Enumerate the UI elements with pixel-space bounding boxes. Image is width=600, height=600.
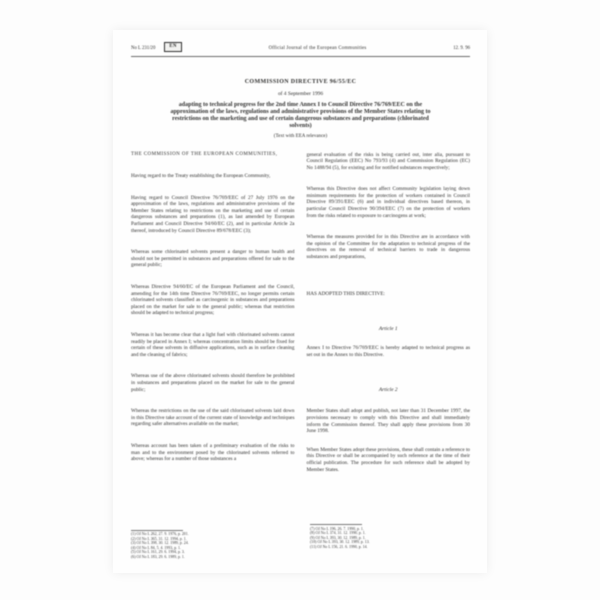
right-column: general evaluation of the risks is being… — [307, 152, 471, 478]
footnotes-right: (7) OJ No L 196, 26. 7. 1990, p. 1. (8) … — [310, 524, 370, 549]
footnote-line: (10) OJ No L 393, 30. 12. 1989, p. 13. — [310, 540, 370, 545]
recital-continuation: general evaluation of the risks is being… — [307, 152, 471, 172]
left-column: THE COMMISSION OF THE EUROPEAN COMMUNITI… — [131, 152, 295, 478]
footnote-line: (1) OJ No L 262, 27. 9. 1976, p. 201. — [131, 532, 189, 537]
footnote-line: (8) OJ No L 374, 31. 12. 1990, p. 1. — [310, 531, 370, 536]
page-header-left: No L 231/20 EN — [131, 42, 182, 52]
body-columns: THE COMMISSION OF THE EUROPEAN COMMUNITI… — [131, 152, 470, 478]
recital: Whereas use of the above chlorinated sol… — [131, 373, 295, 393]
adoption-formula: HAS ADOPTED THIS DIRECTIVE: — [307, 291, 471, 298]
recital: Whereas the restrictions on the use of t… — [131, 408, 295, 428]
directive-number-title: COMMISSION DIRECTIVE 96/55/EC — [131, 79, 470, 85]
journal-title: Official Journal of the European Communi… — [182, 46, 453, 52]
scanned-document-canvas: No L 231/20 EN Official Journal of the E… — [0, 0, 600, 600]
recital: Whereas account has been taken of a prel… — [131, 443, 295, 463]
footnote-line: (3) OJ No L 398, 30. 12. 1989, p. 24. — [131, 541, 189, 546]
recital: Whereas Directive 94/60/EC of the Europe… — [131, 284, 295, 317]
journal-page: No L 231/20 EN Official Journal of the E… — [113, 30, 487, 573]
recital: Whereas it has become clear that a light… — [131, 332, 295, 358]
footnote-separator — [310, 524, 362, 525]
footnote-line: (5) OJ No L 161, 29. 6. 1994, p. 3. — [131, 550, 189, 555]
recital: Whereas the measures provided for in thi… — [307, 234, 471, 260]
recital: Whereas some chlorinated solvents presen… — [131, 249, 295, 269]
article-2-heading: Article 2 — [307, 387, 471, 393]
directive-subject: adapting to technical progress for the 2… — [162, 102, 440, 130]
recital: Having regard to the Treaty establishing… — [131, 173, 295, 180]
recital: Whereas this Directive does not affect C… — [307, 186, 471, 219]
page-content: No L 231/20 EN Official Journal of the E… — [113, 30, 487, 573]
footnote-line: (11) OJ No L 156, 21. 6. 1990, p. 14. — [310, 545, 370, 550]
article-1-heading: Article 1 — [307, 326, 471, 332]
article-2-paragraph: Member States shall adopt and publish, n… — [307, 408, 471, 434]
footnote-line: (6) OJ No L 183, 29. 6. 1989, p. 1. — [131, 555, 189, 560]
commission-intro-line: THE COMMISSION OF THE EUROPEAN COMMUNITI… — [131, 152, 295, 159]
footnotes-left: (1) OJ No L 262, 27. 9. 1976, p. 201. (2… — [131, 530, 189, 560]
article-2-paragraph: When Member States adopt these provision… — [307, 447, 471, 473]
recital: Having regard to Council Directive 76/76… — [131, 195, 295, 235]
issue-date: 12. 9. 96 — [453, 46, 470, 52]
page-reference: No L 231/20 — [131, 46, 155, 52]
page-header: No L 231/20 EN Official Journal of the E… — [131, 42, 470, 57]
footnote-separator — [131, 530, 183, 531]
language-code-box: EN — [164, 42, 181, 52]
article-1-paragraph: Annex I to Directive 76/769/EEC is hereb… — [307, 345, 471, 358]
directive-date-line: of 4 September 1996 — [131, 91, 470, 97]
eea-relevance-note: (Text with EEA relevance) — [131, 134, 470, 139]
